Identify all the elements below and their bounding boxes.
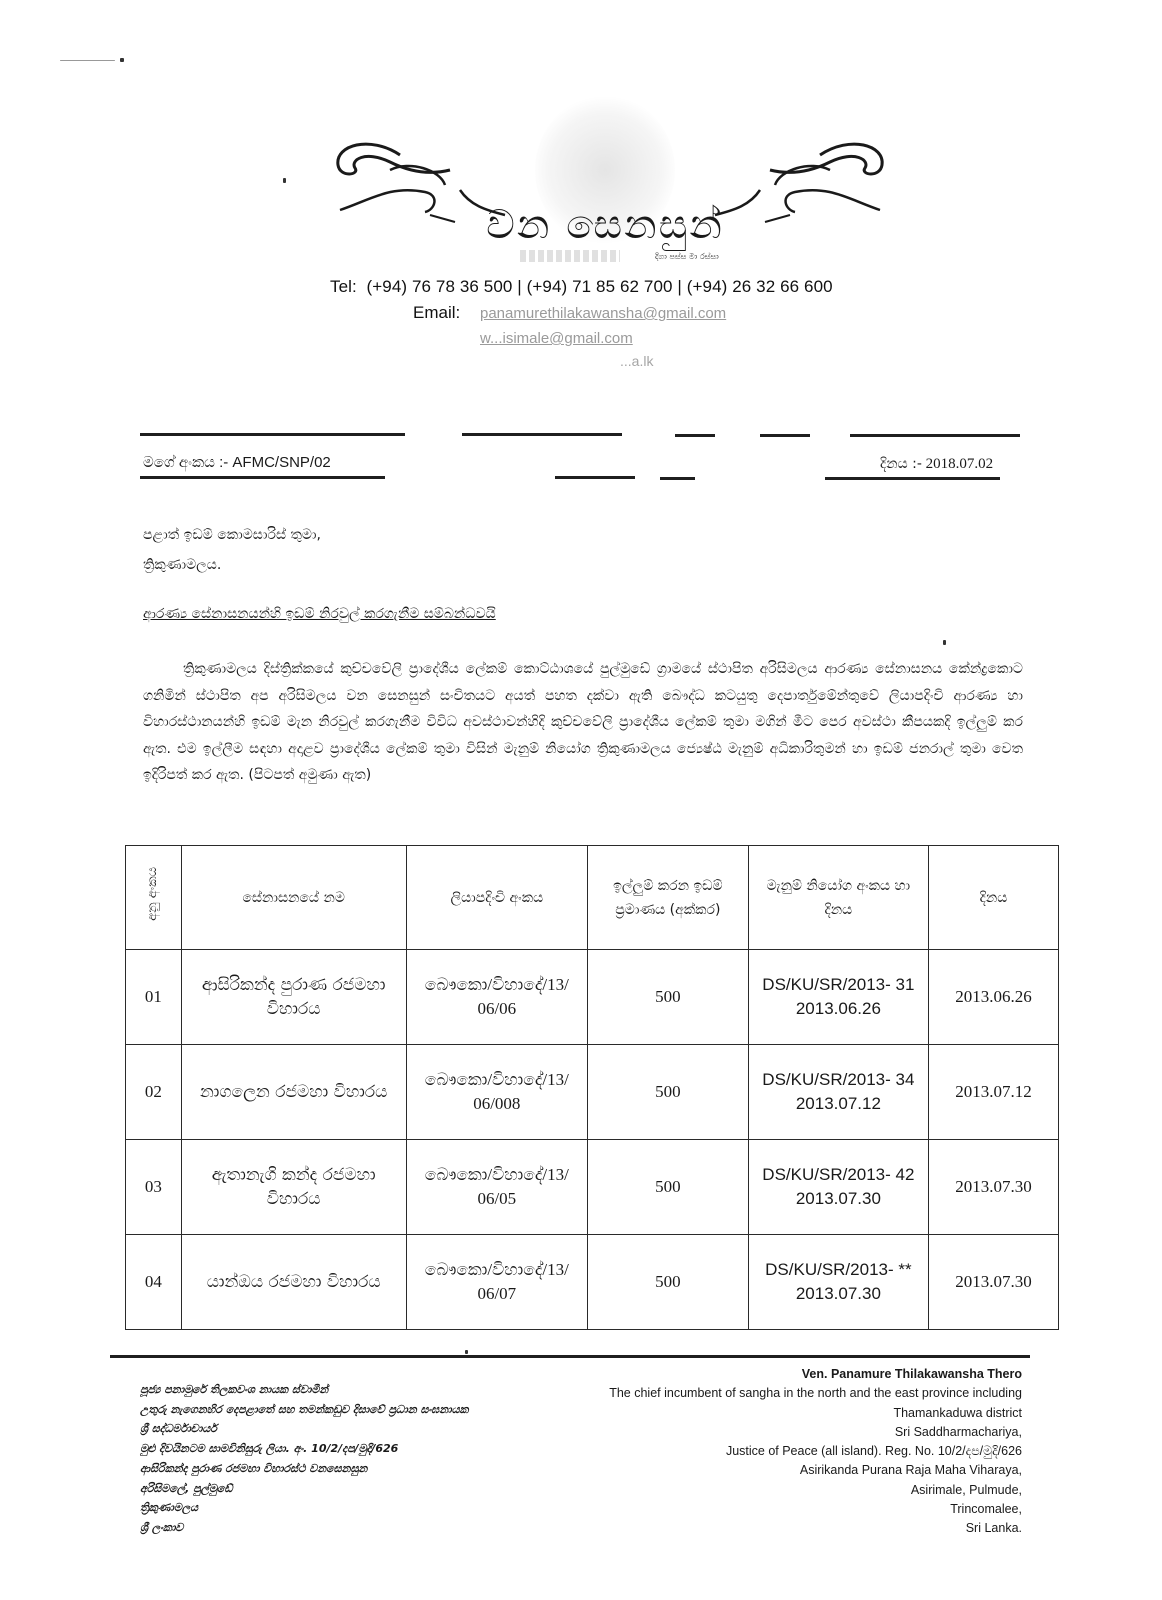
footer-en-line: Asirikanda Purana Raja Maha Viharaya, [609,1461,1022,1480]
cell-survey-order: DS/KU/SR/2013- 31 2013.06.26 [748,950,928,1045]
cell-name: නාගලෙන රජමහා විහාරය [181,1045,406,1140]
footer-en-line: Sri Lanka. [609,1519,1022,1538]
table-row: 03 ඇතානැගි කන්ද රජමහා විහාරය බෞකො/විහාදේ… [126,1140,1059,1235]
footer-sinhala-signature: පූජ්‍ය පනාමුරේ තිලකවංශ නායක ස්වාමීන් උතු… [140,1380,468,1538]
scan-artifact [120,58,124,62]
land-request-table: අනු අංකය සේනාසනයේ නම ලියාපදිංචි අංකය ඉල්… [125,845,1059,1330]
divider [140,476,385,479]
divider [462,433,622,436]
cell-survey-order: DS/KU/SR/2013- 42 2013.07.30 [748,1140,928,1235]
footer-en-line: Justice of Peace (all island). Reg. No. … [609,1442,1022,1461]
reference-value: AFMC/SNP/02 [232,454,330,471]
letter-subject: ආරණ්‍ය සේනාසනයන්හි ඉඩම් නිරවුල් කරගැනීම … [143,606,496,622]
divider [140,433,405,436]
footer-si-line: ආසිරිකන්ද පුරාණ රජමහා විහාරස්ථ වනසෙනසුන [140,1459,468,1479]
header-registration: ලියාපදිංචි අංකය [406,846,587,950]
date-label: දිනය :- [880,456,922,472]
footer-si-line: ශ්‍රී සද්ධර්මාචාර්ය [140,1419,468,1439]
cell-name: ඇතානැගි කන්ද රජමහා විහාරය [181,1140,406,1235]
header-name: සේනාසනයේ නම [181,846,406,950]
header-date: දිනය [928,846,1058,950]
divider [760,434,810,437]
divider [850,434,1020,437]
footer-si-line: ත්‍රිකුණාමලය [140,1498,468,1518]
header-amount: ඉල්ලුම් කරන ඉඩම් ප්‍රමාණය (අක්කර) [587,846,748,950]
letterhead-logo: වන සෙනසුන් දිගා පස්ස මා රස්සා [330,95,890,270]
cell-survey-order: DS/KU/SR/2013- 34 2013.07.12 [748,1045,928,1140]
footer-si-line: උතුරු නැගෙනහිර දෙපළාතේ සහ තමන්කඩුව දිසාව… [140,1400,468,1420]
tel-label: Tel: [330,277,357,296]
cell-date: 2013.06.26 [928,950,1058,1045]
reference-label: මගේ අංකය :- [143,454,228,471]
divider [825,477,1000,480]
footer-si-line: පූජ්‍ය පනාමුරේ තිලකවංශ නායක ස්වාමීන් [140,1380,468,1400]
phone-2: (+94) 71 85 62 700 [527,277,673,296]
header-serial-no: අනු අංකය [126,846,182,950]
letter-date: දිනය :- 2018.07.02 [880,456,993,473]
cell-no: 03 [126,1140,182,1235]
signatory-name: Ven. Panamure Thilakawansha Thero [609,1365,1022,1384]
date-value: 2018.07.02 [926,456,994,472]
cell-no: 02 [126,1045,182,1140]
cell-no: 04 [126,1235,182,1330]
divider [675,434,715,437]
addressee: පළාත් ඉඩම් කොමසාරිස් තුමා, ත්‍රිකුණාමලය. [143,520,321,580]
footer-en-line: The chief incumbent of sangha in the nor… [609,1384,1022,1403]
phone-3: (+94) 26 32 66 600 [687,277,833,296]
cell-date: 2013.07.12 [928,1045,1058,1140]
email-primary[interactable]: panamurethilakawansha@gmail.com [480,305,726,322]
table-row: 04 යාන්ඔය රජමහා විහාරය බෞකො/විහාදේ/13/ 0… [126,1235,1059,1330]
addressee-location: ත්‍රිකුණාමලය. [143,550,321,580]
cell-registration: බෞකො/විහාදේ/13/ 06/06 [406,950,587,1045]
footer-en-line: Trincomalee, [609,1500,1022,1519]
cell-registration: බෞකො/විහාදේ/13/ 06/07 [406,1235,587,1330]
scan-artifact [283,178,286,183]
footer-si-line: අරිසිමලේ, පුල්මුඩේ [140,1479,468,1499]
header-survey-order: මැනුම් නියෝග අංකය හා දිනය [748,846,928,950]
email-label: Email: [413,303,460,323]
footer-si-line: මුළු දිවයිනටම සාමවිනිසුරු ලියා. අං. 10/2… [140,1439,468,1459]
divider [660,477,695,480]
website-link[interactable]: ...a.lk [620,353,653,369]
cell-amount: 500 [587,1235,748,1330]
footer-si-line: ශ්‍රී ලංකාව [140,1518,468,1538]
phone-1: (+94) 76 78 36 500 [367,277,513,296]
cell-name: යාන්ඔය රජමහා විහාරය [181,1235,406,1330]
footer-en-line: Thamankaduwa district [609,1404,1022,1423]
cell-date: 2013.07.30 [928,1235,1058,1330]
cell-no: 01 [126,950,182,1045]
logo-tagline: දිගා පස්ස මා රස්සා [545,252,875,262]
telephone-line: Tel: (+94) 76 78 36 500 | (+94) 71 85 62… [330,277,833,297]
cell-registration: බෞකො/විහාදේ/13/ 06/008 [406,1045,587,1140]
cell-name: ආසිරිකන්ද පුරාණ රජමහා විහාරය [181,950,406,1045]
cell-amount: 500 [587,950,748,1045]
addressee-title: පළාත් ඉඩම් කොමසාරිස් තුමා, [143,520,321,550]
email-secondary[interactable]: w...isimale@gmail.com [480,330,633,347]
footer-en-line: Sri Saddharmachariya, [609,1423,1022,1442]
table-row: 02 නාගලෙන රජමහා විහාරය බෞකො/විහාදේ/13/ 0… [126,1045,1059,1140]
reference-number: මගේ අංකය :- AFMC/SNP/02 [143,454,331,471]
cell-registration: බෞකො/විහාදේ/13/ 06/05 [406,1140,587,1235]
letter-body: ත්‍රිකුණාමලය දිස්ත්‍රික්කයේ කුච්චවේලි ප්… [143,656,1023,789]
footer-divider [110,1355,1030,1358]
table-row: 01 ආසිරිකන්ද පුරාණ රජමහා විහාරය බෞකො/විහ… [126,950,1059,1045]
scan-artifact [943,640,946,645]
footer-en-line: Asirimale, Pulmude, [609,1481,1022,1500]
scan-artifact [60,60,115,61]
footer-english-signature: Ven. Panamure Thilakawansha Thero The ch… [609,1365,1022,1539]
scan-artifact [465,1350,468,1354]
cell-survey-order: DS/KU/SR/2013- ** 2013.07.30 [748,1235,928,1330]
cell-date: 2013.07.30 [928,1140,1058,1235]
divider [555,476,635,479]
table-header-row: අනු අංකය සේනාසනයේ නම ලියාපදිංචි අංකය ඉල්… [126,846,1059,950]
cell-amount: 500 [587,1140,748,1235]
cell-amount: 500 [587,1045,748,1140]
organization-name: වන සෙනසුන් [425,202,785,248]
